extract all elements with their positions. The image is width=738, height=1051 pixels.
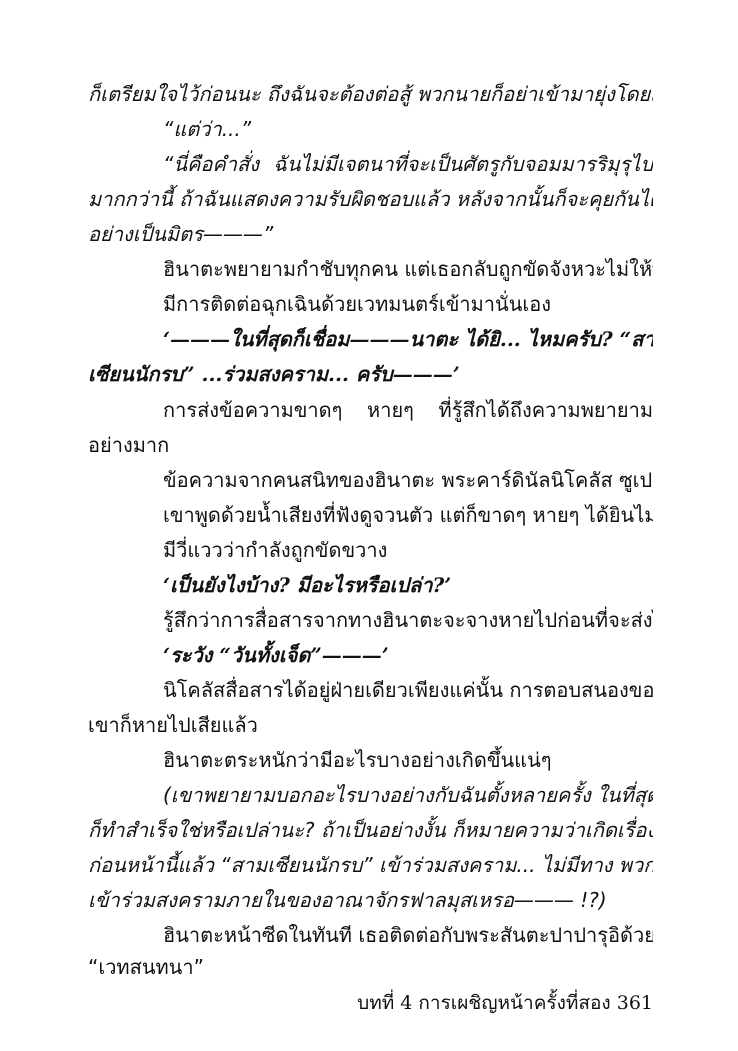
text-line: เขาก็หายไปเสียแล้ว — [88, 708, 653, 742]
text-line: ก็เตรียมใจไว้ก่อนนะ ถึงฉันจะต้องต่อสู้ พ… — [88, 77, 653, 111]
text-line: นิโคลัสสื่อสารได้อยู่ฝ่ายเดียวเพียงแค่นั… — [163, 673, 653, 707]
text-line: ข้อความจากคนสนิทของฮินาตะ พระคาร์ดินัลนิ… — [163, 463, 653, 497]
text-line: เข้าร่วมสงครามภายในของอาณาจักรฟาลมุสเหรอ… — [88, 883, 653, 917]
text-line: มีวี่แววว่ากำลังถูกขัดขวาง — [163, 533, 653, 567]
message-line-bold: ‘ระวัง “วันทั้งเจ็ด”———’ — [163, 638, 653, 672]
text-line: ก็ทำสำเร็จใช่หรือเปล่านะ? ถ้าเป็นอย่างงั… — [88, 813, 653, 847]
text-line: เขาพูดด้วยน้ำเสียงที่ฟังดูจวนตัว แต่ก็ขา… — [163, 498, 653, 532]
text-line: “นี่คือคำสั่ง ฉันไม่มีเจตนาที่จะเป็นศัตร… — [163, 147, 653, 181]
text-line: อย่างเป็นมิตร———” — [88, 217, 653, 251]
text-line: อย่างมาก — [88, 428, 653, 462]
text-line: “แต่ว่า...” — [163, 112, 653, 146]
text-line: ก่อนหน้านี้แล้ว “สามเซียนนักรบ” เข้าร่วม… — [88, 848, 653, 882]
text-line: “เวทสนทนา” — [88, 950, 653, 984]
book-page: ก็เตรียมใจไว้ก่อนนะ ถึงฉันจะต้องต่อสู้ พ… — [0, 0, 738, 1051]
text-line: ฮินาตะพยายามกำชับทุกคน แต่เธอกลับถูกขัดจ… — [163, 252, 653, 286]
message-line-bold: เซียนนักรบ” ...ร่วมสงคราม... ครับ———’ — [88, 357, 653, 391]
text-line: มากกว่านี้ ถ้าฉันแสดงความรับผิดชอบแล้ว ห… — [88, 182, 653, 216]
message-line-bold: ‘เป็นยังไงบ้าง? มีอะไรหรือเปล่า?’ — [163, 568, 653, 602]
text-line: (เขาพยายามบอกอะไรบางอย่างกับฉันตั้งหลายค… — [163, 778, 653, 812]
text-line: การส่งข้อความขาดๆ หายๆ ที่รู้สึกได้ถึงคว… — [163, 393, 653, 427]
message-line-bold: ‘———ในที่สุดก็เชื่อม———นาตะ ได้ยิ... ไหม… — [163, 322, 653, 356]
page-footer: บทที่ 4 การเผชิญหน้าครั้งที่สอง 361 — [340, 986, 653, 1020]
text-line: ฮินาตะหน้าซีดในทันที เธอติดต่อกับพระสันต… — [163, 918, 653, 952]
text-line: ฮินาตะตระหนักว่ามีอะไรบางอย่างเกิดขึ้นแน… — [163, 743, 653, 777]
text-line: มีการติดต่อฉุกเฉินด้วยเวทมนตร์เข้ามานั่น… — [163, 287, 653, 321]
text-line: รู้สึกว่าการสื่อสารจากทางฮินาตะจะจางหายไ… — [163, 603, 653, 637]
